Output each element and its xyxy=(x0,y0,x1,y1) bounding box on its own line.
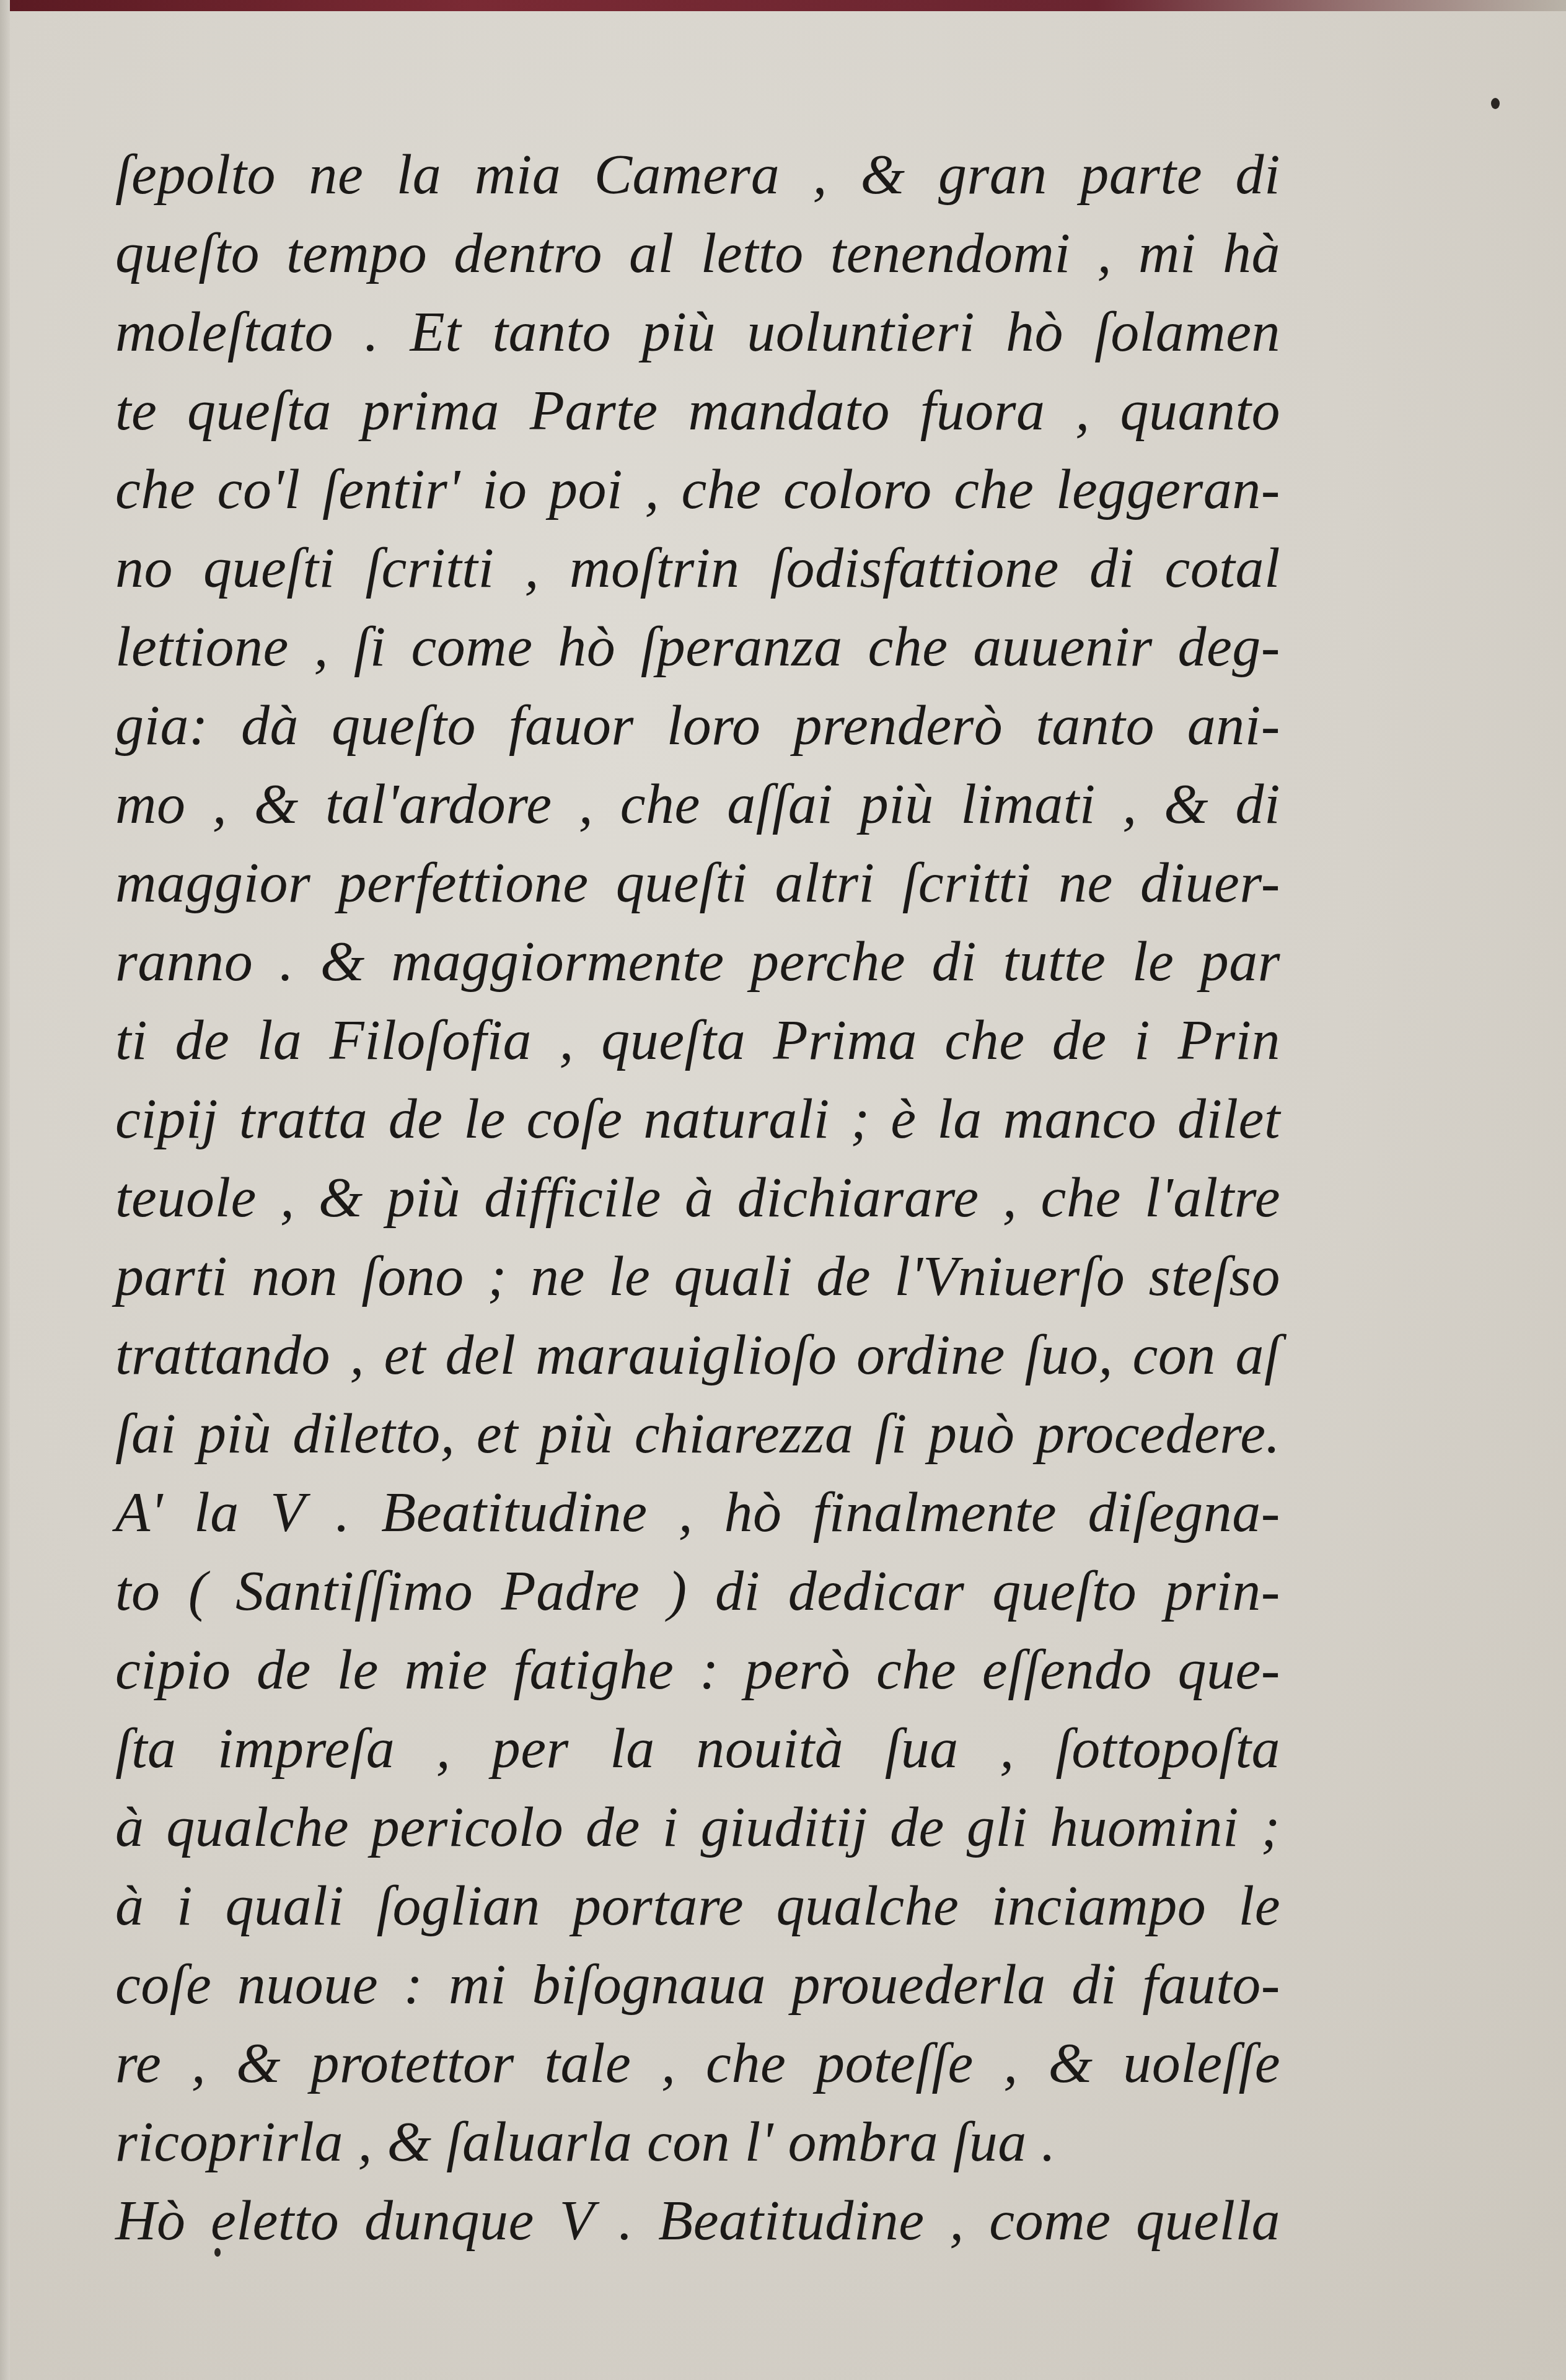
text-line: ſai più diletto, et più chiarezza ſi può… xyxy=(115,1394,1280,1473)
book-cover-edge xyxy=(0,0,1566,11)
text-line: moleſtato . Et tanto più uoluntieri hò ſ… xyxy=(115,292,1280,371)
signature-mark xyxy=(214,2248,221,2257)
text-line: queſto tempo dentro al letto tenendomi ,… xyxy=(115,214,1280,292)
text-line: re , & protettor tale , che poteſſe , & … xyxy=(115,2024,1280,2102)
text-line: mo , & tal'ardore , che aſſai più limati… xyxy=(115,765,1280,843)
text-line: à qualche pericolo de i giuditij de gli … xyxy=(115,1788,1280,1866)
ink-speck xyxy=(1491,98,1500,109)
text-line: ranno . & maggiormente perche di tutte l… xyxy=(115,922,1280,1001)
text-line: ti de la Filoſofia , queſta Prima che de… xyxy=(115,1001,1280,1079)
text-line: to ( Santiſſimo Padre ) di dedicar queſt… xyxy=(115,1552,1280,1630)
page-left-edge xyxy=(0,0,10,2380)
page-text-block: ſepolto ne la mia Camera , & gran parte … xyxy=(115,135,1280,2260)
text-line: teuole , & più difficile à dichiarare , … xyxy=(115,1158,1280,1237)
text-line: cipij tratta de le coſe naturali ; è la … xyxy=(115,1079,1280,1158)
text-line: te queſta prima Parte mandato fuora , qu… xyxy=(115,371,1280,450)
text-line: ricoprirla , & ſaluarla con l' ombra ſua… xyxy=(115,2102,1280,2181)
text-line: maggior perfettione queſti altri ſcritti… xyxy=(115,843,1280,922)
text-line: parti non ſono ; ne le quali de l'Vniuer… xyxy=(115,1237,1280,1315)
text-line: Hò eletto dunque V . Beatitudine , come … xyxy=(115,2181,1280,2260)
text-line: ſta impreſa , per la nouità ſua , ſottop… xyxy=(115,1709,1280,1788)
text-line: ſepolto ne la mia Camera , & gran parte … xyxy=(115,135,1280,214)
text-line: gia: dà queſto fauor loro prenderò tanto… xyxy=(115,686,1280,765)
text-line: cipio de le mie fatighe : però che eſſen… xyxy=(115,1630,1280,1709)
text-line: A' la V . Beatitudine , hò finalmente di… xyxy=(115,1473,1280,1552)
text-line: che co'l ſentir' io poi , che coloro che… xyxy=(115,450,1280,529)
text-line: coſe nuoue : mi biſognaua prouederla di … xyxy=(115,1945,1280,2024)
text-line: lettione , ſi come hò ſperanza che auuen… xyxy=(115,607,1280,686)
book-page: ſepolto ne la mia Camera , & gran parte … xyxy=(10,11,1566,2380)
text-line: no queſti ſcritti , moſtrin ſodisfattion… xyxy=(115,529,1280,607)
text-line: trattando , et del marauiglioſo ordine ſ… xyxy=(115,1315,1280,1394)
text-line: à i quali ſoglian portare qualche inciam… xyxy=(115,1866,1280,1945)
